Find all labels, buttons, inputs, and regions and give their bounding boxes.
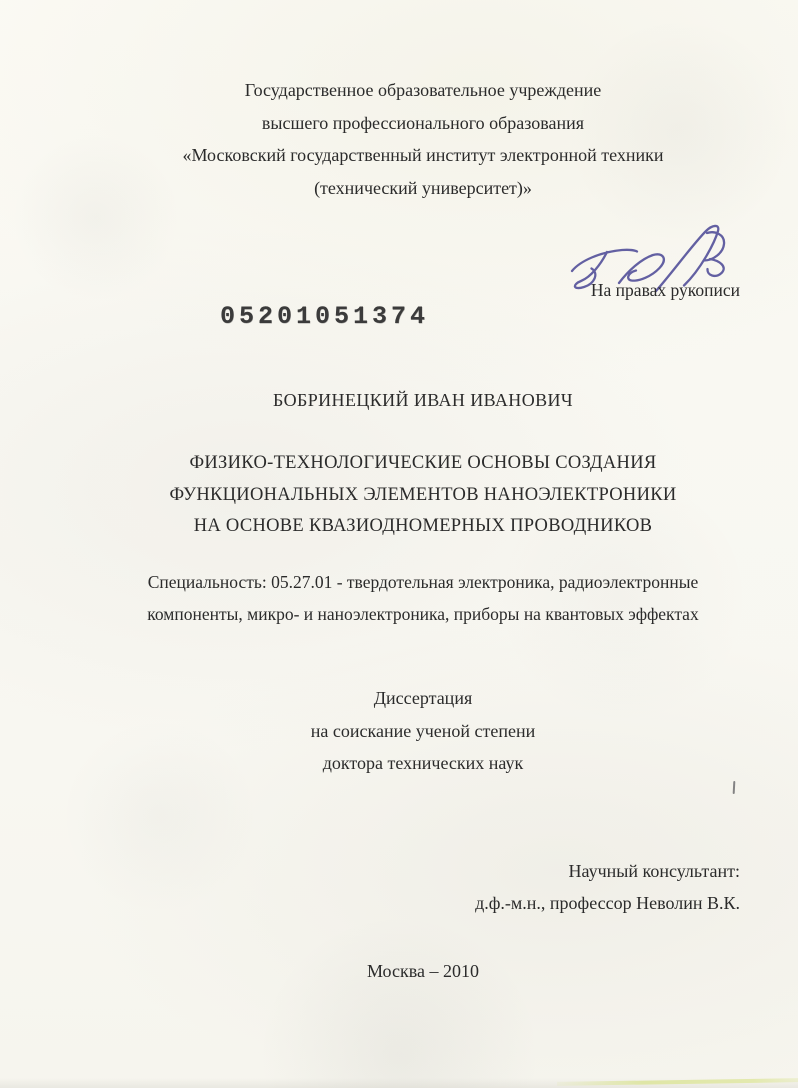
institution-line: Государственное образовательное учрежден… xyxy=(48,74,798,107)
stamp-number: 05201051374 xyxy=(220,302,429,331)
specialty-line: компоненты, микро- и наноэлектроника, пр… xyxy=(48,598,798,630)
consultant-line: Научный консультант: xyxy=(475,856,740,888)
dissertation-title-line: НА ОСНОВЕ КВАЗИОДНОМЕРНЫХ ПРОВОДНИКОВ xyxy=(48,511,798,543)
manuscript-note: На правах рукописи xyxy=(591,280,740,301)
dissertation-title-page: Государственное образовательное учрежден… xyxy=(0,0,798,1088)
degree-line: на соискание ученой степени xyxy=(48,715,798,748)
degree-line: доктора технических наук xyxy=(48,747,798,780)
author-name: БОБРИНЕЦКИЙ ИВАН ИВАНОВИЧ xyxy=(48,390,798,411)
institution-line: «Московский государственный институт эле… xyxy=(48,139,798,172)
institution-line: высшего профессионального образования xyxy=(48,107,798,140)
degree-block: Диссертация на соискание ученой степени … xyxy=(48,682,798,780)
specialty-line: Специальность: 05.27.01 - твердотельная … xyxy=(48,566,798,598)
dissertation-title: ФИЗИКО-ТЕХНОЛОГИЧЕСКИЕ ОСНОВЫ СОЗДАНИЯ Ф… xyxy=(48,448,798,543)
dissertation-title-line: ФУНКЦИОНАЛЬНЫХ ЭЛЕМЕНТОВ НАНОЭЛЕКТРОНИКИ xyxy=(48,480,798,512)
degree-line: Диссертация xyxy=(48,682,798,715)
institution-line: (технический университет)» xyxy=(48,172,798,205)
scan-stray-mark xyxy=(733,781,735,794)
city-year: Москва – 2010 xyxy=(48,961,798,982)
specialty-block: Специальность: 05.27.01 - твердотельная … xyxy=(48,566,798,630)
consultant-block: Научный консультант: д.ф.-м.н., профессо… xyxy=(475,856,740,919)
dissertation-title-line: ФИЗИКО-ТЕХНОЛОГИЧЕСКИЕ ОСНОВЫ СОЗДАНИЯ xyxy=(48,448,798,480)
consultant-line: д.ф.-м.н., профессор Неволин В.К. xyxy=(475,888,740,920)
institution-header: Государственное образовательное учрежден… xyxy=(48,74,798,204)
